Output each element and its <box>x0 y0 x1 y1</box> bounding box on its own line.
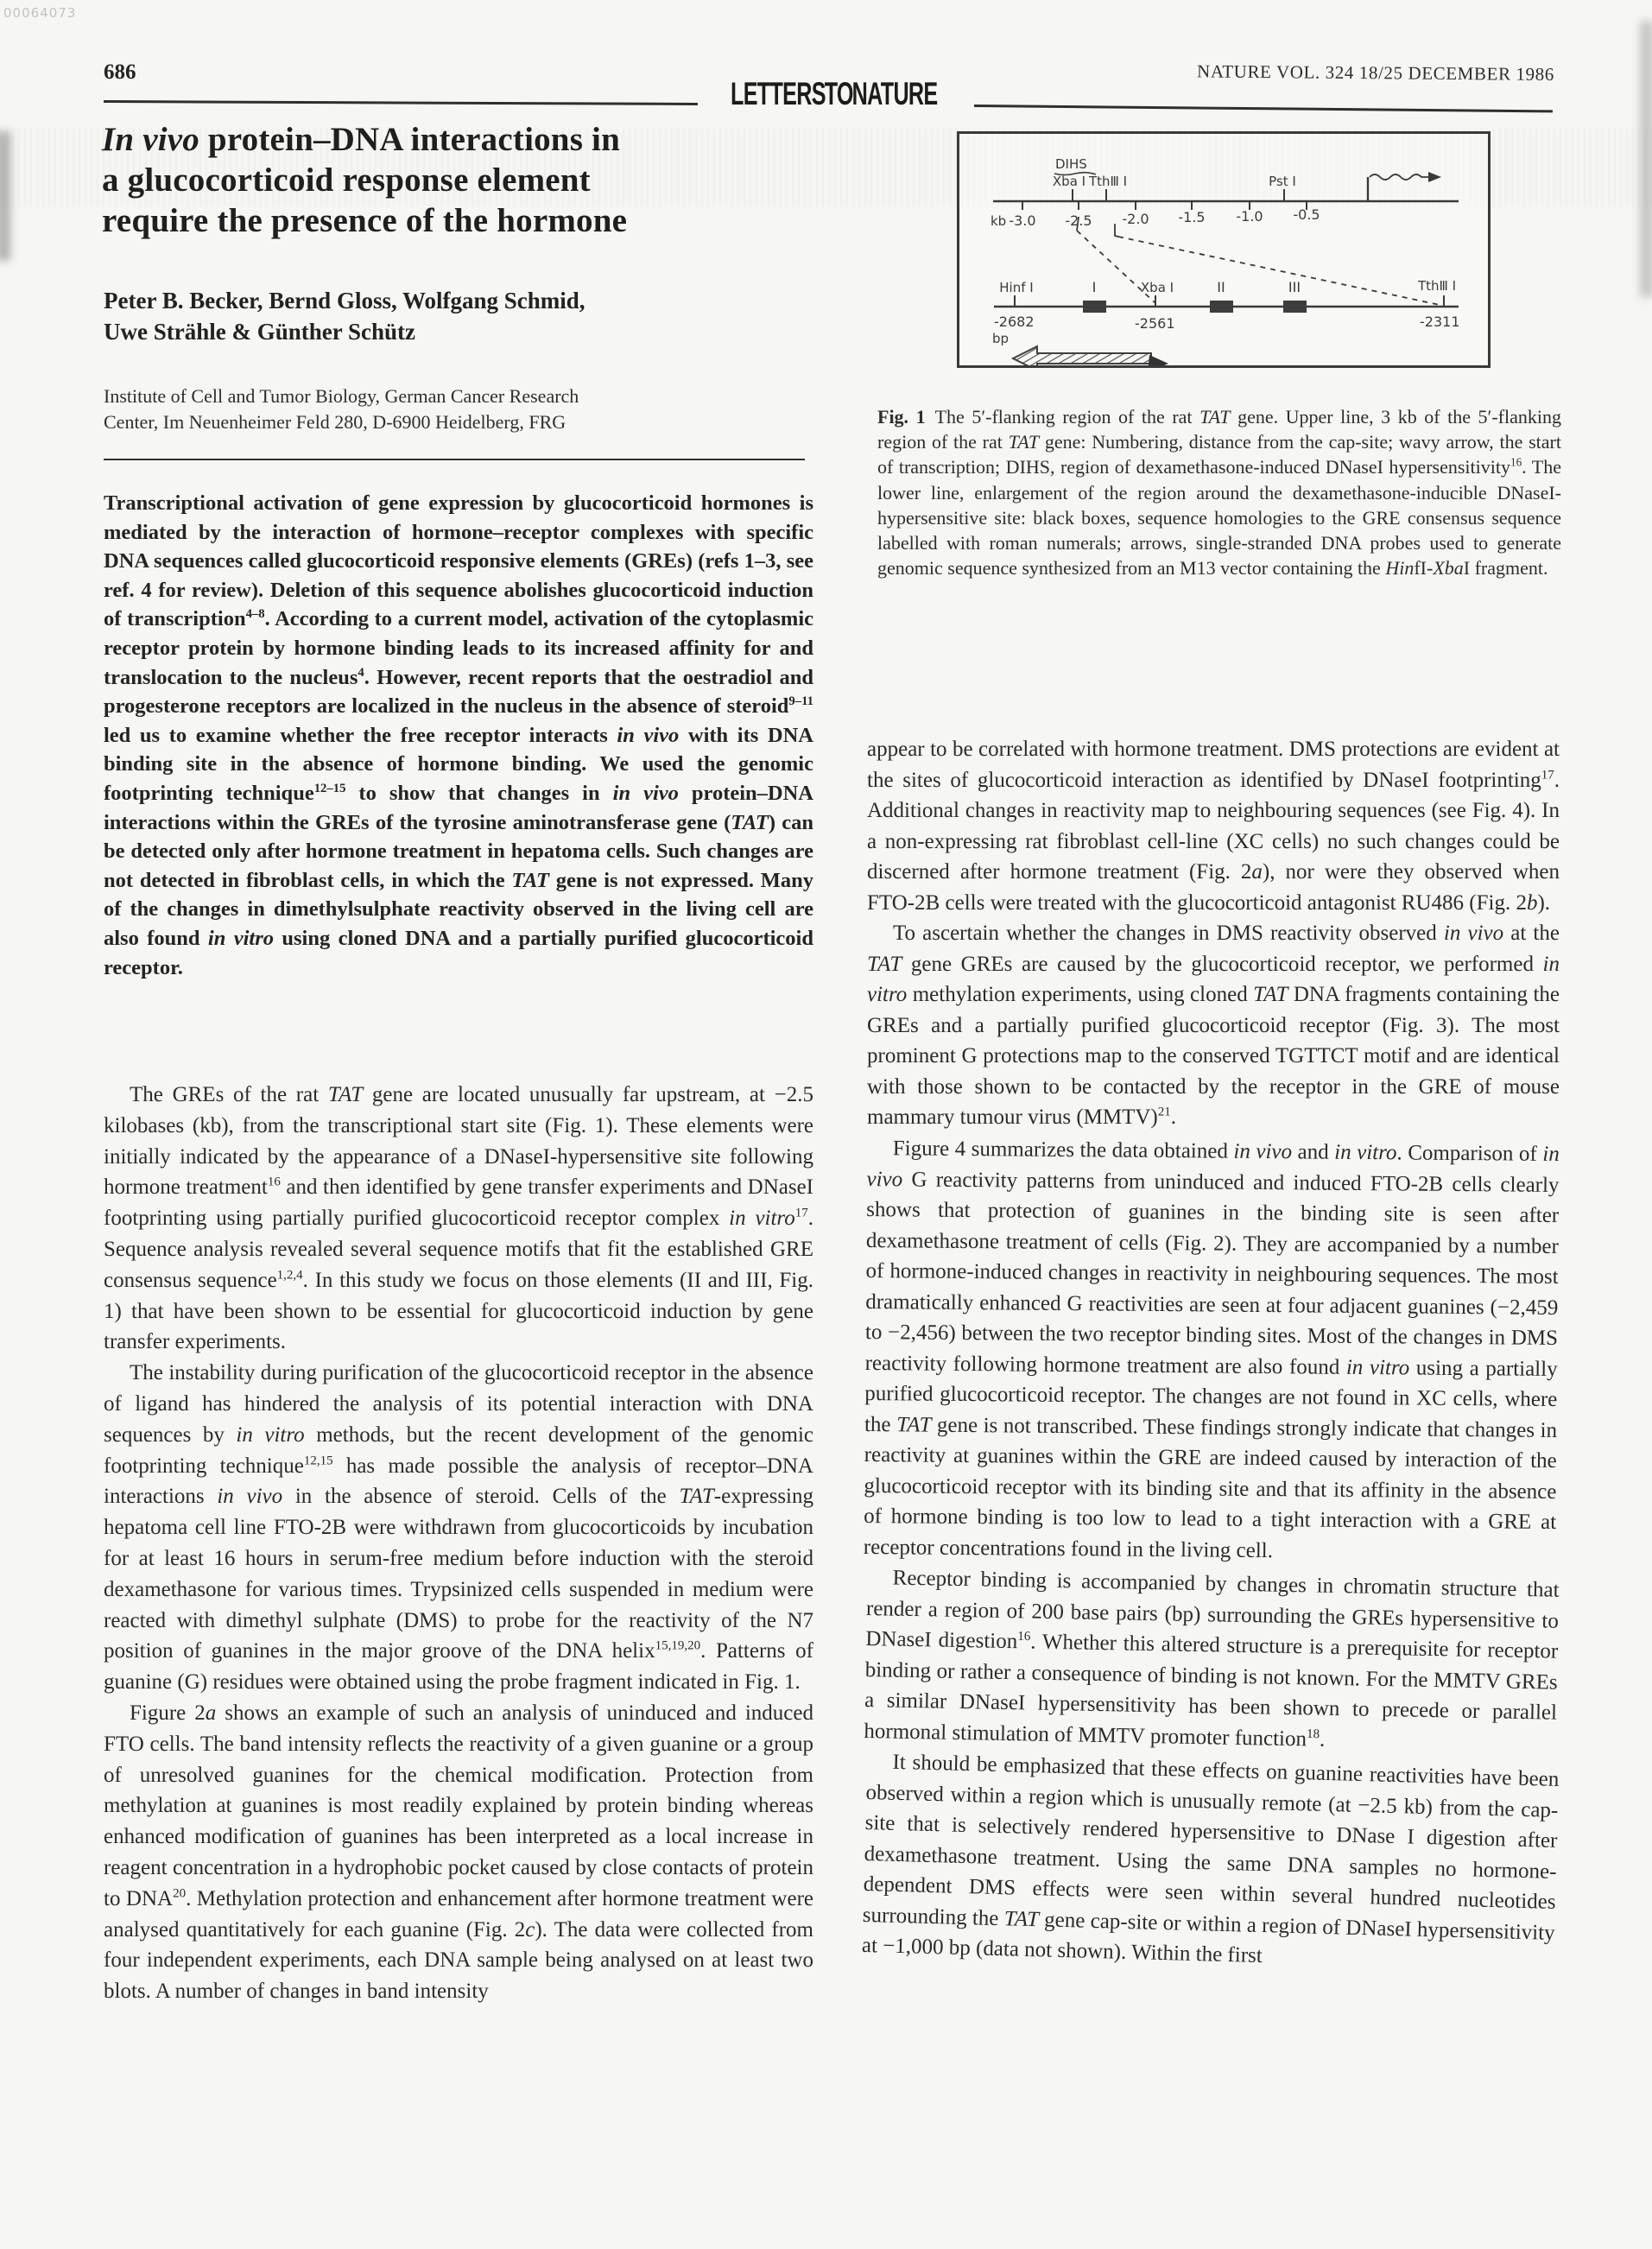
scan-id: 00064073 <box>3 5 76 21</box>
restriction-site-label: Xba I <box>1053 174 1086 189</box>
page-number: 686 <box>104 60 136 85</box>
abstract-divider-rule <box>104 459 805 460</box>
restriction-site-label: Hinf I <box>999 280 1033 295</box>
scanned-journal-page: 00064073 686 LETTERS TO NATURE NATURE VO… <box>0 0 1652 2249</box>
header-rule-left <box>104 100 698 105</box>
body-paragraph: The GREs of the rat TAT gene are located… <box>104 1080 813 1358</box>
figure-1-caption: Fig. 1 The 5′-flanking region of the rat… <box>877 404 1561 580</box>
gre-box-label: II <box>1217 279 1225 295</box>
axis-tick-label: -0.5 <box>1293 206 1320 223</box>
affiliation-line: Institute of Cell and Tumor Biology, Ger… <box>104 383 812 409</box>
bp-coordinate: -2311 <box>1420 314 1460 330</box>
restriction-site-label: Pst I <box>1269 174 1296 189</box>
restriction-site-label: TthⅢ I <box>1088 174 1127 189</box>
axis-unit-label: bp <box>992 331 1009 346</box>
restriction-site-label: Xba I <box>1141 280 1174 295</box>
author-line: Uwe Strähle & Günther Schütz <box>104 316 812 347</box>
transcription-start-wavy-arrow <box>1370 174 1428 180</box>
gre-box-II <box>1210 301 1233 313</box>
body-paragraph: Figure 4 summarizes the data obtained in… <box>864 1133 1560 1568</box>
body-paragraph: It should be emphasized that these effec… <box>861 1746 1559 1979</box>
gre-box-label: I <box>1092 279 1097 295</box>
scan-smudge-left <box>0 131 10 261</box>
title-line: In vivo protein–DNA interactions in <box>102 119 845 160</box>
axis-tick-label: -3.0 <box>1009 212 1035 229</box>
affiliation: Institute of Cell and Tumor Biology, Ger… <box>104 383 812 435</box>
axis-tick-label: -1.5 <box>1178 209 1205 225</box>
body-paragraph: Receptor binding is accompanied by chang… <box>864 1562 1560 1759</box>
probe-arrow-left <box>1013 346 1151 365</box>
header-rule-right <box>974 105 1553 112</box>
probe-arrow-right <box>1148 355 1168 365</box>
author-line: Peter B. Becker, Bernd Gloss, Wolfgang S… <box>104 285 812 316</box>
gene-map-svg: kb -3.0 -2.5 -2.0 -1.5 -1.0 -0.5 DIHS Xb… <box>959 134 1488 365</box>
figure-1-diagram: kb -3.0 -2.5 -2.0 -1.5 -1.0 -0.5 DIHS Xb… <box>957 131 1491 368</box>
body-paragraph: appear to be correlated with hormone tre… <box>867 734 1560 918</box>
axis-tick-label: -2.0 <box>1122 211 1149 227</box>
axis-unit-label: kb <box>991 213 1006 229</box>
axis-tick-label: -1.0 <box>1236 208 1263 225</box>
arrowhead <box>1428 172 1441 182</box>
gre-box-I <box>1083 301 1106 313</box>
author-list: Peter B. Becker, Bernd Gloss, Wolfgang S… <box>104 285 812 347</box>
body-paragraph: Figure 2a shows an example of such an an… <box>104 1698 813 2007</box>
dihs-label: DIHS <box>1055 156 1087 172</box>
affiliation-line: Center, Im Neuenheimer Feld 280, D-6900 … <box>104 409 812 435</box>
title-line: require the presence of the hormone <box>102 200 845 241</box>
bp-coordinate: -2682 <box>994 314 1035 330</box>
scan-smudge-right <box>1640 21 1652 297</box>
bp-coordinate: -2561 <box>1135 315 1175 332</box>
abstract: Transcriptional activation of gene expre… <box>104 489 813 982</box>
gre-box-label: III <box>1288 279 1301 295</box>
restriction-site-label: TthⅢ I <box>1417 278 1456 294</box>
article-title: In vivo protein–DNA interactions in a gl… <box>102 119 845 241</box>
body-paragraph: To ascertain whether the changes in DMS … <box>867 918 1560 1133</box>
journal-reference: NATURE VOL. 324 18/25 DECEMBER 1986 <box>950 59 1554 86</box>
title-line: a glucocorticoid response element <box>102 160 845 200</box>
left-column: The GREs of the rat TAT gene are located… <box>104 1080 813 2007</box>
gre-box-III <box>1283 301 1307 313</box>
section-header: LETTERS TO NATURE <box>731 76 936 112</box>
right-column: appear to be correlated with hormone tre… <box>867 734 1560 1961</box>
body-paragraph: The instability during purification of t… <box>104 1358 813 1698</box>
